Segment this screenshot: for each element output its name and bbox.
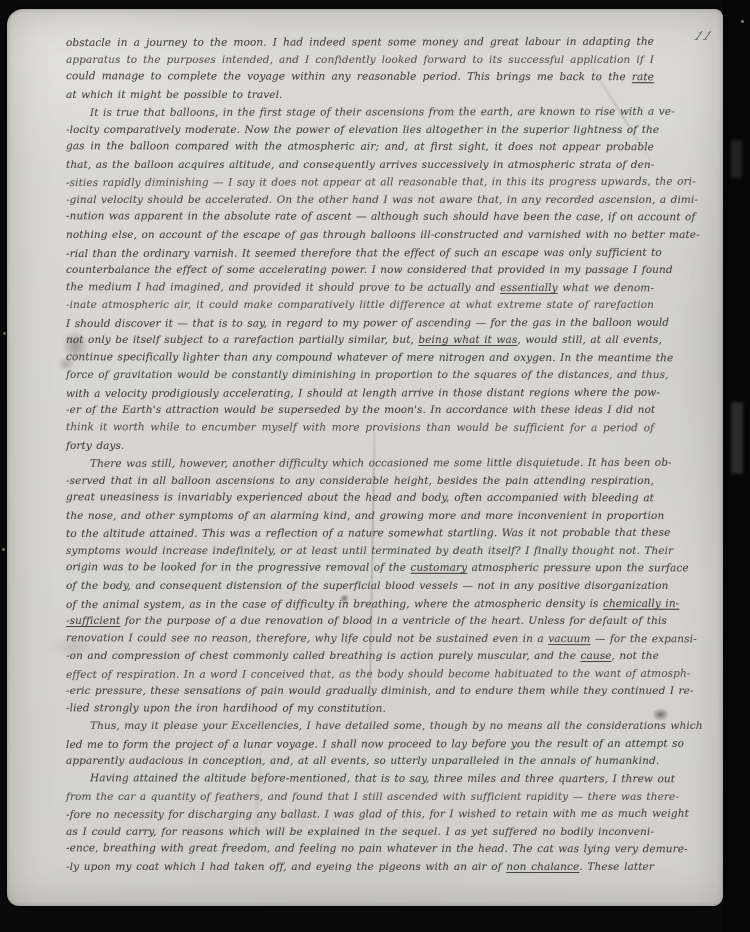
manuscript-line: obstacle in a journey to the moon. I had… [66, 34, 654, 53]
manuscript-line: effect of respiration. In a word I conce… [66, 665, 654, 684]
ink-blot [340, 594, 349, 603]
manuscript-line: apparatus to the purposes intended, and … [66, 52, 654, 70]
manuscript-line: with a velocity prodigiously acceleratin… [66, 385, 654, 404]
dust-speck [2, 548, 5, 551]
manuscript-line: of the body, and consequent distension o… [66, 578, 654, 596]
manuscript-line: could manage to complete the voyage with… [66, 68, 654, 87]
manuscript-line: -nution was apparent in the absolute rat… [66, 209, 654, 228]
manuscript-line: -lied strongly upon the iron hardihood o… [66, 700, 654, 719]
manuscript-line: as I could carry, for reasons which will… [66, 824, 654, 842]
film-edge-mark [731, 402, 743, 474]
ink-blot [652, 708, 669, 721]
manuscript-line: from the car a quantity of feathers, and… [66, 789, 654, 807]
film-edge-mark [731, 140, 742, 178]
photo-background: 11 obstacle in a journey to the moon. I … [0, 0, 750, 932]
manuscript-line: -eric pressure, these sensations of pain… [66, 683, 654, 701]
manuscript-line: of the animal system, as in the case of … [66, 595, 654, 614]
dust-speck [741, 20, 744, 23]
manuscript-line: -sities rapidly diminishing — I say it d… [66, 174, 654, 193]
manuscript-line: -er of the Earth's attraction would be s… [66, 402, 654, 420]
manuscript-line: great uneasiness is invariably experienc… [66, 489, 654, 508]
manuscript-lines: obstacle in a journey to the moon. I had… [66, 34, 654, 876]
manuscript-page: 11 obstacle in a journey to the moon. I … [7, 9, 723, 906]
ink-blot [57, 357, 75, 371]
manuscript-line: the medium I had imagined, and provided … [66, 279, 654, 298]
manuscript-line: -rial than the ordinary varnish. It seem… [66, 244, 654, 263]
manuscript-line: -served that in all balloon ascensions t… [66, 473, 654, 491]
manuscript-line: -ence, breathing with great freedom, and… [66, 840, 654, 859]
manuscript-line: There was still, however, another diffic… [66, 455, 654, 474]
manuscript-line: Thus, may it please your Excellencies, I… [66, 718, 654, 736]
manuscript-line: origin was to be looked for in the progr… [66, 560, 654, 579]
manuscript-line: -ginal velocity should be accelerated. O… [66, 192, 654, 210]
manuscript-line: nothing else, on account of the escape o… [66, 227, 654, 245]
manuscript-line: that, as the balloon acquires altitude, … [66, 157, 654, 175]
manuscript-line: -fore no necessity for discharging any b… [66, 806, 654, 825]
manuscript-line: -inate atmospheric air, it could make co… [66, 297, 654, 315]
manuscript-line: gas in the balloon compared with the atm… [66, 138, 654, 157]
manuscript-line: apparently audacious in conception, and,… [66, 753, 654, 771]
manuscript-line: counterbalance the effect of some accele… [66, 262, 654, 280]
manuscript-line: at which it might be possible to travel. [66, 87, 654, 105]
manuscript-line: -ly upon my coat which I had taken off, … [66, 859, 654, 877]
manuscript-line: -sufficient for the purpose of a due ren… [66, 613, 654, 631]
manuscript-line: think it worth while to encumber myself … [66, 419, 654, 438]
manuscript-line: Having attained the altitude before-ment… [66, 770, 654, 789]
stain [51, 637, 97, 657]
manuscript-line: I should discover it — that is to say, i… [66, 315, 654, 334]
manuscript-line: It is true that balloons, in the first s… [66, 104, 654, 123]
manuscript-line: force of gravitation would be constantly… [66, 367, 654, 385]
manuscript-line: forty days. [66, 438, 654, 456]
dust-speck [3, 332, 6, 335]
manuscript-line: led me to form the project of a lunar vo… [66, 736, 654, 755]
manuscript-line: -on and compression of chest commonly ca… [66, 648, 654, 666]
manuscript-line: -locity comparatively moderate. Now the … [66, 122, 654, 140]
film-edge-strip [722, 0, 750, 932]
manuscript-line: to the altitude attained. This was a ref… [66, 525, 654, 544]
manuscript-line: renovation I could see no reason, theref… [66, 630, 654, 649]
manuscript-line: not only be itself subject to a rarefact… [66, 332, 654, 350]
page-number: 11 [691, 29, 716, 43]
manuscript-line: symptoms would increase indefinitely, or… [66, 543, 654, 561]
manuscript-line: the nose, and other symptoms of an alarm… [66, 508, 654, 526]
manuscript-line: continue specifically lighter than any c… [66, 349, 654, 368]
